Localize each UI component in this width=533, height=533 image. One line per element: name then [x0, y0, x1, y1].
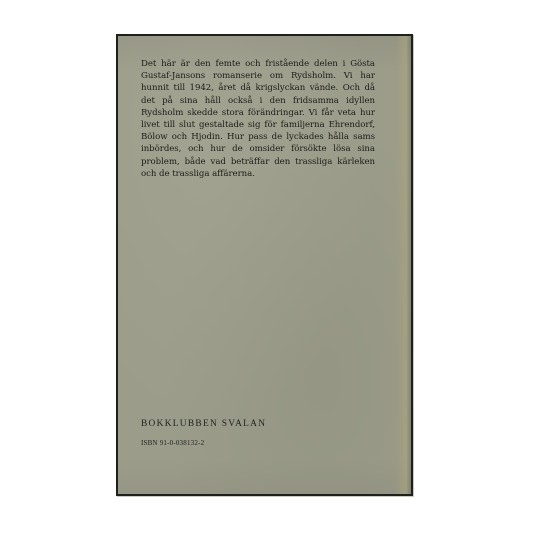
page: Det här är den femte och fristående dele… — [0, 0, 533, 533]
isbn-number: ISBN 91-0-038132-2 — [141, 439, 204, 447]
blurb-text: Det här är den femte och fristående dele… — [141, 58, 375, 180]
publisher-name: BOKKLUBBEN SVALAN — [141, 419, 266, 429]
cover-edge-fold — [395, 36, 411, 494]
book-back-cover: Det här är den femte och fristående dele… — [116, 34, 413, 496]
